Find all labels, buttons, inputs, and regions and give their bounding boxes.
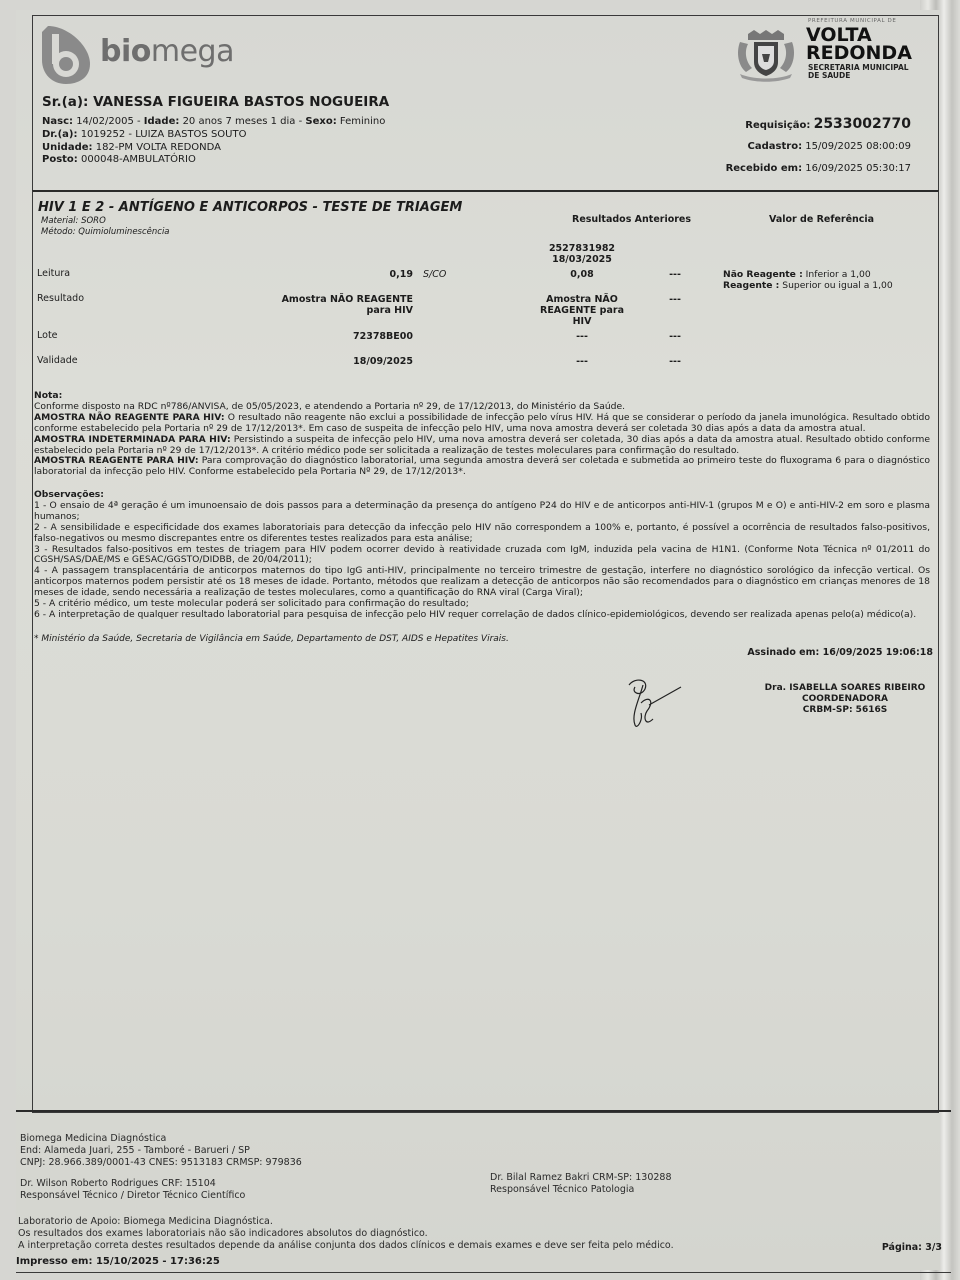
reference-header: Valor de Referência <box>769 214 874 225</box>
city-crest-icon <box>734 28 798 82</box>
note-item: AMOSTRA REAGENTE PARA HIV: Para comprova… <box>34 456 930 478</box>
note-section: Nota: Conforme disposto na RDC nº786/ANV… <box>34 391 930 478</box>
footer-tech-2: Dr. Bilal Ramez Bakri CRM-SP: 130288 Res… <box>490 1172 672 1196</box>
city-logo-subtitle: SECRETARIA MUNICIPALDE SAUDE <box>808 64 909 80</box>
registered-at: Cadastro: 15/09/2025 08:00:09 <box>748 141 911 152</box>
result-value: Amostra NÃO REAGENTEpara HIV <box>240 294 413 316</box>
patient-doctor: Dr.(a): 1019252 - LUIZA BASTOS SOUTO <box>42 129 246 140</box>
request-number: Requisição: 2533002770 <box>745 116 911 132</box>
test-method: Método: Quimioluminescência <box>41 227 170 237</box>
signature-scribble-icon <box>625 675 685 730</box>
printed-at: Impresso em: 15/10/2025 - 17:36:25 <box>16 1256 220 1267</box>
test-material: Material: SORO <box>41 216 106 226</box>
city-logo-name: VOLTAREDONDA <box>806 26 912 62</box>
validity-previous: --- <box>540 356 624 367</box>
observation-item: 1 - O ensaio de 4ª geração é um imunoens… <box>34 501 930 523</box>
previous-result-id: 252783198218/03/2025 <box>540 243 624 265</box>
observation-item: 3 - Resultados falso-positivos em testes… <box>34 545 930 567</box>
signed-at: Assinado em: 16/09/2025 19:06:18 <box>747 647 933 658</box>
observations-section: Observações: 1 - O ensaio de 4ª geração … <box>34 490 930 621</box>
result-previous: Amostra NÃOREAGENTE paraHIV <box>530 294 634 327</box>
observation-item: 6 - A interpretação de qualquer resultad… <box>34 610 930 621</box>
test-title: HIV 1 E 2 - ANTÍGENO E ANTICORPOS - TEST… <box>38 200 462 215</box>
note-item: AMOSTRA INDETERMINADA PARA HIV: Persisti… <box>34 435 930 457</box>
lot-previous: --- <box>540 331 624 342</box>
previous-results-header: Resultados Anteriores <box>572 214 691 225</box>
validity-value: 18/09/2025 <box>300 356 413 367</box>
patient-post: Posto: 000048-AMBULATÓRIO <box>42 154 196 165</box>
patient-name: Sr.(a): VANESSA FIGUEIRA BASTOS NOGUEIRA <box>42 94 389 110</box>
page-number: Página: 3/3 <box>882 1242 942 1253</box>
patient-unit: Unidade: 182-PM VOLTA REDONDA <box>42 142 221 153</box>
reading-unit: S/CO <box>423 269 446 280</box>
observation-item: 2 - A sensibilidade e especificidade dos… <box>34 523 930 545</box>
signatory: Dra. ISABELLA SOARES RIBEIRO COORDENADOR… <box>760 683 930 716</box>
observation-item: 4 - A passagem transplacentária de antic… <box>34 566 930 599</box>
row-label-reading: Leitura <box>37 268 70 279</box>
footer-tech-1: Dr. Wilson Roberto Rodrigues CRF: 15104 … <box>20 1178 245 1202</box>
footer-disclaimer: Laboratorio de Apoio: Biomega Medicina D… <box>18 1216 674 1252</box>
footnote: * Ministério da Saúde, Secretaria de Vig… <box>34 634 509 644</box>
reading-previous-2: --- <box>660 269 690 280</box>
footer-company: Biomega Medicina Diagnóstica End: Alamed… <box>20 1133 302 1169</box>
reading-previous: 0,08 <box>540 269 624 280</box>
reference-values: Não Reagente : Inferior a 1,00 Reagente … <box>723 269 893 291</box>
patient-demographics: Nasc: 14/02/2005 - Idade: 20 anos 7 mese… <box>42 116 385 127</box>
lot-previous-2: --- <box>660 331 690 342</box>
received-at: Recebido em: 16/09/2025 05:30:17 <box>726 163 911 174</box>
reading-value: 0,19 <box>300 269 413 280</box>
row-label-lot: Lote <box>37 330 58 341</box>
row-label-validity: Validade <box>37 355 78 366</box>
lot-value: 72378BE00 <box>300 331 413 342</box>
biomega-logo-text: biomega <box>100 34 234 69</box>
note-item: AMOSTRA NÃO REAGENTE PARA HIV: O resulta… <box>34 413 930 435</box>
biomega-logo-icon <box>38 22 94 86</box>
validity-previous-2: --- <box>660 356 690 367</box>
result-previous-2: --- <box>660 294 690 305</box>
row-label-result: Resultado <box>37 293 84 304</box>
